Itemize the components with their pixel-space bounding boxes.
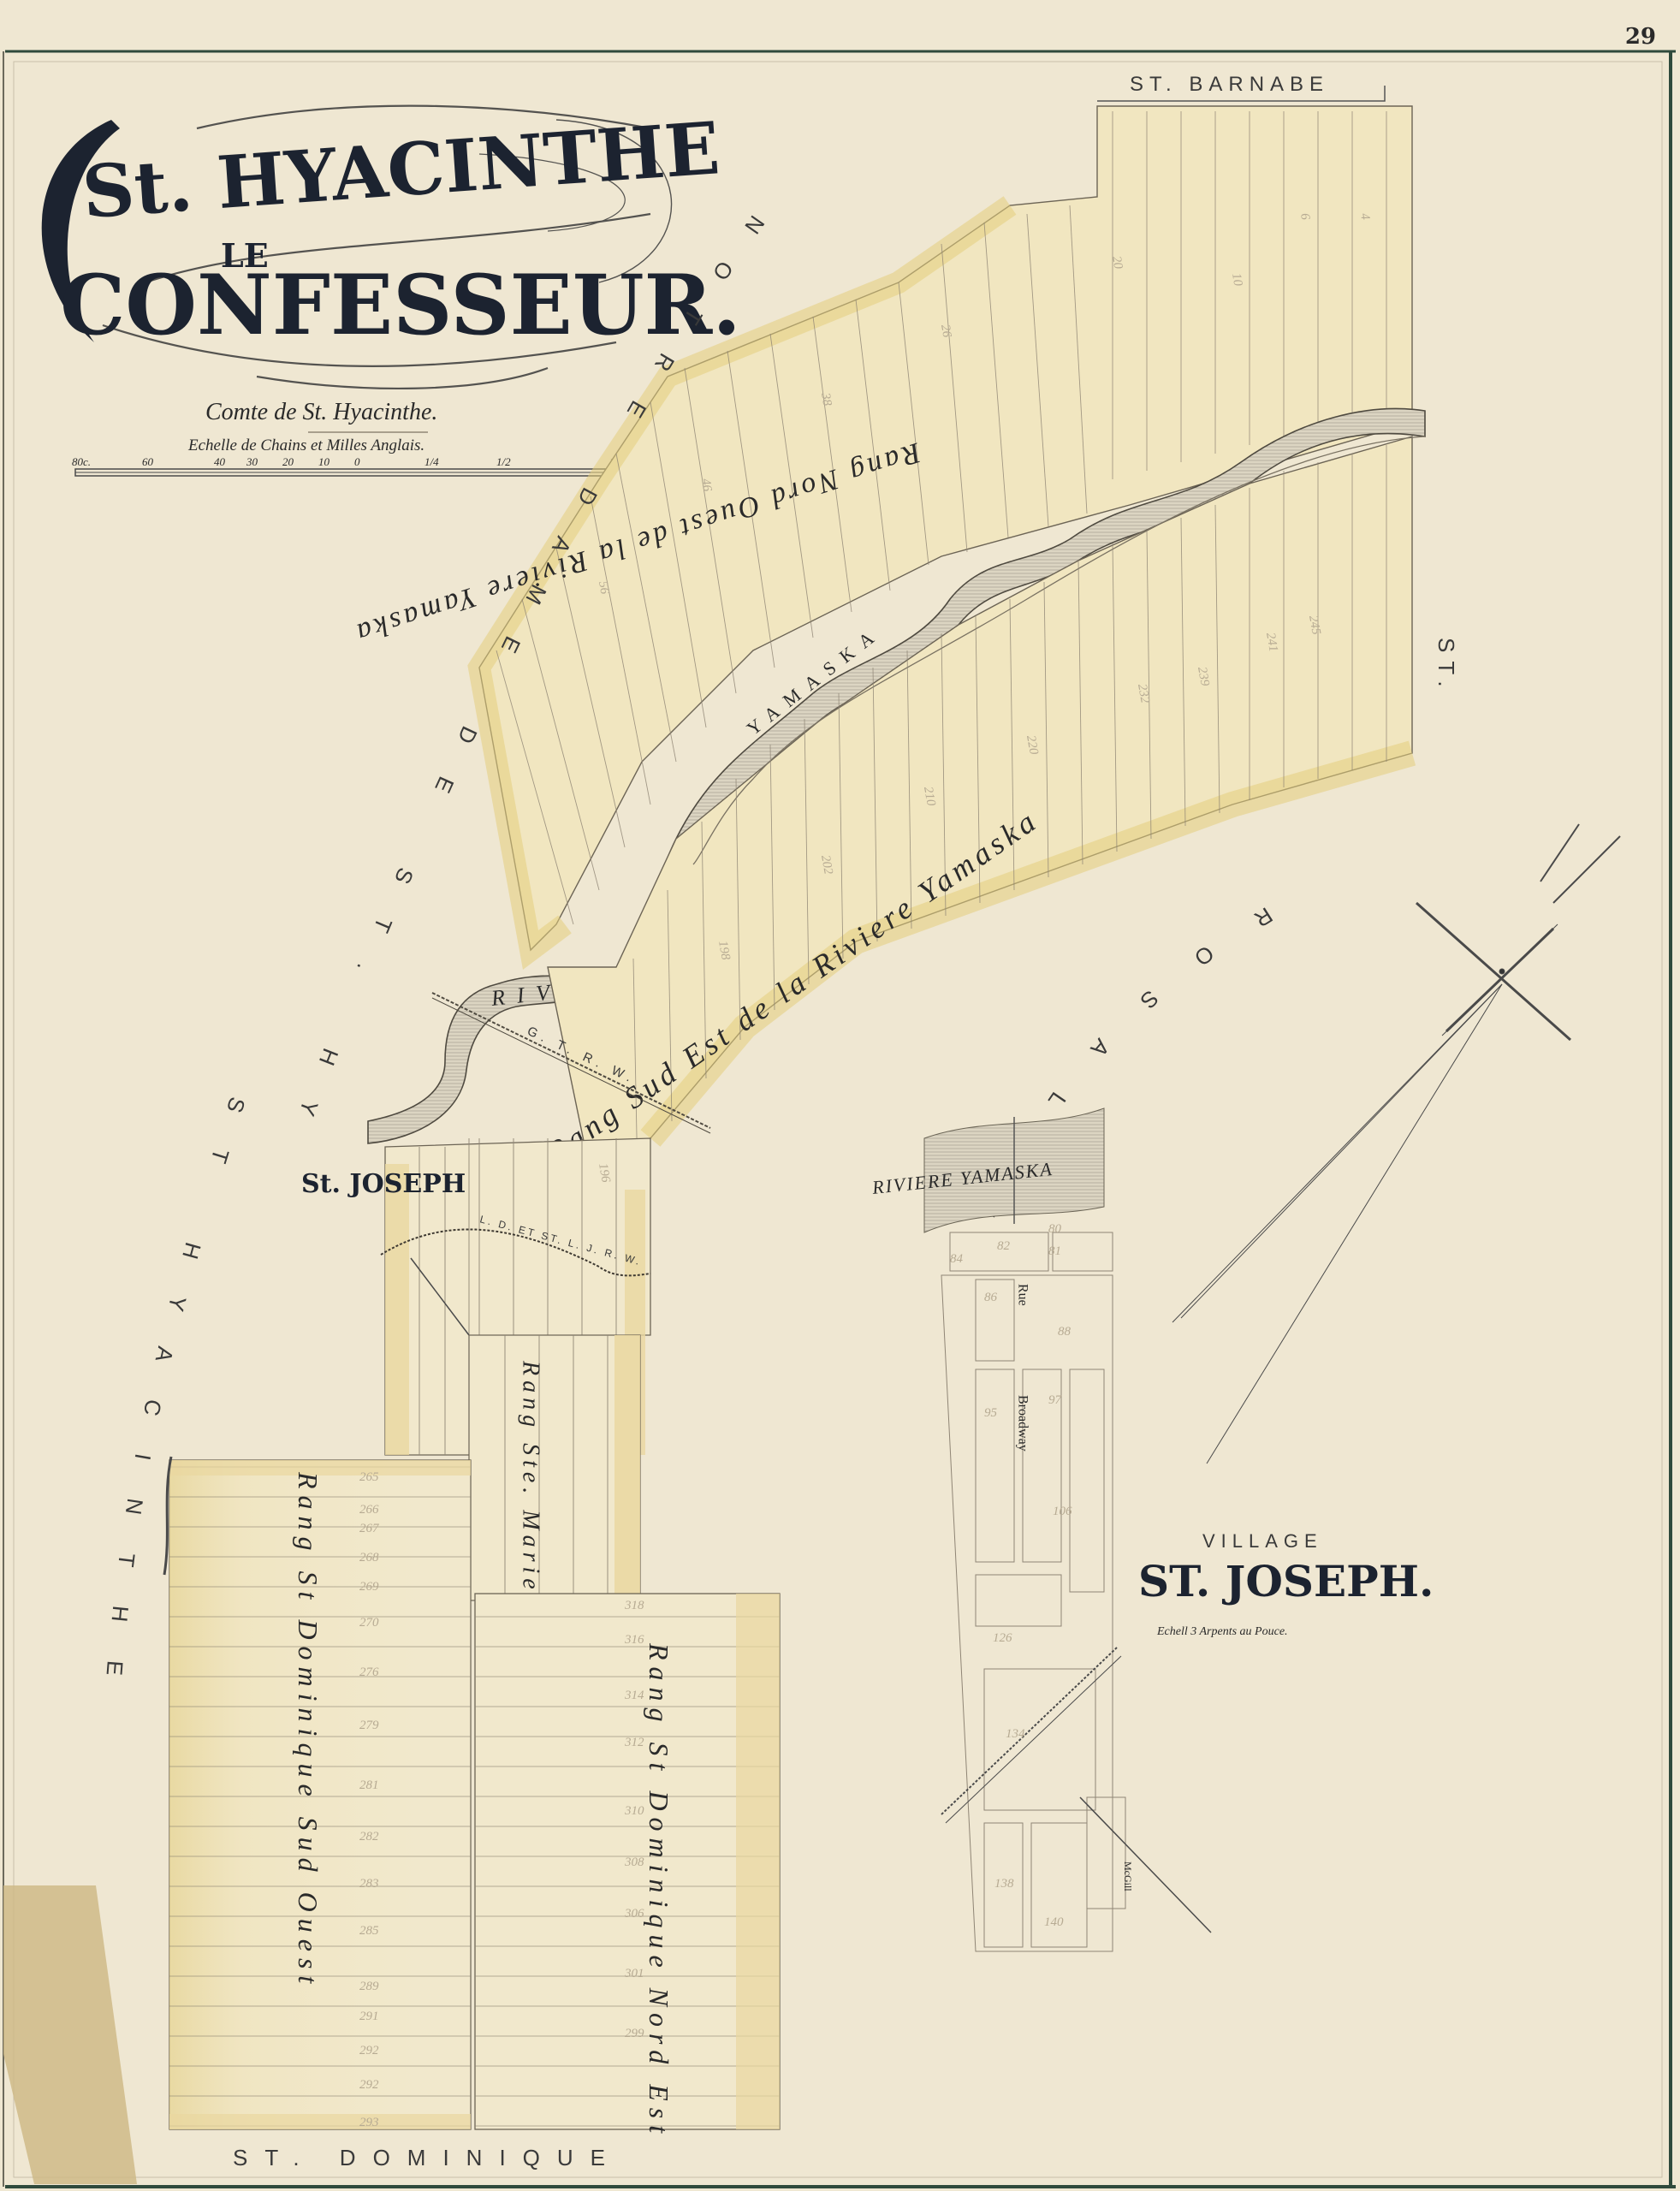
svg-text:134: 134 — [1006, 1727, 1025, 1741]
scale-bar: 80c. 60 40 30 20 10 0 1/4 1/2 1 mile. — [72, 455, 647, 476]
svg-text:291: 291 — [359, 2010, 379, 2023]
inset-caption-village: VILLAGE — [1202, 1530, 1323, 1552]
svg-text:289: 289 — [359, 1980, 379, 1993]
svg-text:282: 282 — [359, 1830, 379, 1844]
svg-text:80: 80 — [1048, 1222, 1062, 1236]
map-sheet: 29 — [0, 0, 1680, 2191]
title-line3: CONFESSEUR. — [60, 257, 741, 353]
inset-scale-note: Echell 3 Arpents au Pouce. — [1156, 1625, 1288, 1638]
svg-text:292: 292 — [359, 2078, 379, 2092]
county-subtitle: Comte de St. Hyacinthe. — [205, 399, 437, 425]
svg-text:318: 318 — [624, 1599, 644, 1612]
scale-caption: Echelle de Chains et Milles Anglais. — [187, 436, 424, 454]
svg-text:279: 279 — [359, 1719, 379, 1732]
svg-text:265: 265 — [359, 1470, 379, 1484]
paper-stain — [3, 1885, 137, 2184]
svg-text:299: 299 — [625, 2027, 644, 2040]
svg-text:38: 38 — [818, 391, 834, 407]
svg-text:267: 267 — [359, 1522, 380, 1535]
boundary-north: ST. BARNABE — [1130, 73, 1329, 96]
boundary-east-upper: ST. — [1434, 638, 1459, 696]
svg-text:95: 95 — [984, 1406, 998, 1420]
svg-text:84: 84 — [950, 1252, 964, 1266]
svg-text:310: 310 — [624, 1804, 644, 1818]
svg-text:126: 126 — [993, 1631, 1012, 1645]
svg-text:1/4: 1/4 — [424, 455, 439, 468]
svg-text:20: 20 — [282, 455, 294, 468]
svg-text:293: 293 — [359, 2116, 379, 2129]
inset-caption-st-joseph: ST. JOSEPH. — [1138, 1556, 1434, 1606]
village-inset: RIVIERE YAMASKA Rue Broadway McGill — [870, 1108, 1434, 1951]
svg-text:269: 269 — [359, 1580, 379, 1594]
svg-text:Rang St Dominique Sud Ouest: Rang St Dominique Sud Ouest — [293, 1471, 324, 1990]
svg-text:10: 10 — [318, 455, 330, 468]
svg-text:281: 281 — [359, 1778, 379, 1792]
svg-text:88: 88 — [1058, 1325, 1072, 1339]
map-canvas: St. HYACINTHE LE CONFESSEUR. Comte de St… — [0, 0, 1680, 2191]
svg-text:266: 266 — [359, 1503, 379, 1517]
street-rue: Rue — [1016, 1284, 1030, 1306]
svg-text:306: 306 — [624, 1907, 644, 1921]
svg-text:285: 285 — [359, 1924, 379, 1938]
svg-text:1/2: 1/2 — [496, 455, 511, 468]
svg-text:80c.: 80c. — [72, 455, 91, 468]
svg-text:283: 283 — [359, 1877, 379, 1891]
svg-text:276: 276 — [359, 1666, 379, 1679]
svg-text:316: 316 — [624, 1633, 644, 1647]
svg-text:Rang St Dominique Nord Est: Rang St Dominique Nord Est — [644, 1642, 674, 2140]
title-line1: St. HYACINTHE — [80, 105, 722, 235]
svg-text:138: 138 — [994, 1877, 1014, 1891]
svg-text:0: 0 — [354, 455, 360, 468]
svg-text:97: 97 — [1048, 1393, 1063, 1407]
street-mcgill: McGill — [1122, 1861, 1134, 1891]
svg-text:270: 270 — [359, 1616, 379, 1630]
svg-text:268: 268 — [359, 1551, 379, 1565]
svg-text:140: 140 — [1044, 1915, 1064, 1929]
svg-text:312: 312 — [624, 1736, 644, 1749]
parcel-sud-ouest: Rang St Dominique Sud Ouest — [164, 1457, 471, 2129]
svg-text:292: 292 — [359, 2044, 379, 2057]
place-st-joseph: St. JOSEPH — [301, 1169, 466, 1199]
svg-text:314: 314 — [624, 1689, 644, 1702]
svg-text:86: 86 — [984, 1291, 998, 1304]
svg-text:308: 308 — [624, 1856, 644, 1869]
boundary-south: ST. DOMINIQUE — [233, 2145, 622, 2170]
svg-text:81: 81 — [1048, 1244, 1061, 1258]
svg-text:40: 40 — [214, 455, 226, 468]
svg-text:30: 30 — [246, 455, 258, 468]
svg-text:301: 301 — [624, 1967, 644, 1980]
svg-text:60: 60 — [142, 455, 154, 468]
street-broadway: Broadway — [1016, 1395, 1030, 1452]
svg-text:106: 106 — [1053, 1505, 1072, 1518]
svg-text:82: 82 — [997, 1239, 1011, 1253]
